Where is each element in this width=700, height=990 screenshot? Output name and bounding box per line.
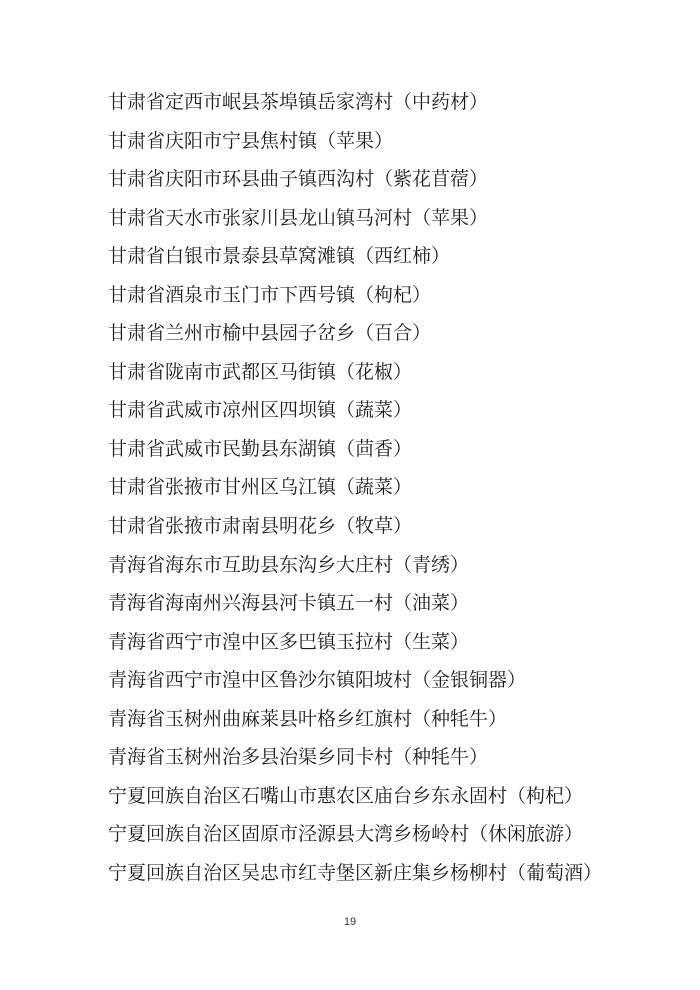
list-item: 甘肃省武威市民勤县东湖镇（茴香） bbox=[108, 436, 602, 475]
list-item: 甘肃省定西市岷县茶埠镇岳家湾村（中药材） bbox=[108, 89, 602, 128]
list-item: 甘肃省庆阳市环县曲子镇西沟村（紫花苜蓿） bbox=[108, 166, 602, 205]
village-list: 甘肃省定西市岷县茶埠镇岳家湾村（中药材） 甘肃省庆阳市宁县焦村镇（苹果） 甘肃省… bbox=[108, 89, 602, 898]
list-item: 青海省西宁市湟中区多巴镇玉拉村（生菜） bbox=[108, 629, 602, 668]
list-item: 甘肃省武威市凉州区四坝镇（蔬菜） bbox=[108, 397, 602, 436]
list-item: 宁夏回族自治区石嘴山市惠农区庙台乡东永固村（枸杞） bbox=[108, 783, 602, 822]
list-item: 甘肃省天水市张家川县龙山镇马河村（苹果） bbox=[108, 205, 602, 244]
list-item: 甘肃省白银市景泰县草窝滩镇（西红柿） bbox=[108, 243, 602, 282]
list-item: 青海省玉树州治多县治渠乡同卡村（种牦牛） bbox=[108, 744, 602, 783]
list-item: 甘肃省张掖市甘州区乌江镇（蔬菜） bbox=[108, 474, 602, 513]
list-item: 甘肃省陇南市武都区马街镇（花椒） bbox=[108, 359, 602, 398]
list-item: 青海省西宁市湟中区鲁沙尔镇阳坡村（金银铜器） bbox=[108, 667, 602, 706]
list-item: 青海省玉树州曲麻莱县叶格乡红旗村（种牦牛） bbox=[108, 706, 602, 745]
list-item: 甘肃省兰州市榆中县园子岔乡（百合） bbox=[108, 320, 602, 359]
list-item: 甘肃省庆阳市宁县焦村镇（苹果） bbox=[108, 128, 602, 167]
list-item: 宁夏回族自治区固原市泾源县大湾乡杨岭村（休闲旅游） bbox=[108, 821, 602, 860]
document-page: 甘肃省定西市岷县茶埠镇岳家湾村（中药材） 甘肃省庆阳市宁县焦村镇（苹果） 甘肃省… bbox=[0, 0, 700, 990]
list-item: 青海省海南州兴海县河卡镇五一村（油菜） bbox=[108, 590, 602, 629]
list-item: 宁夏回族自治区吴忠市红寺堡区新庄集乡杨柳村（葡萄酒） bbox=[108, 860, 602, 899]
list-item: 甘肃省张掖市肃南县明花乡（牧草） bbox=[108, 513, 602, 552]
list-item: 甘肃省酒泉市玉门市下西号镇（枸杞） bbox=[108, 282, 602, 321]
page-number: 19 bbox=[0, 916, 700, 928]
list-item: 青海省海东市互助县东沟乡大庄村（青绣） bbox=[108, 552, 602, 591]
